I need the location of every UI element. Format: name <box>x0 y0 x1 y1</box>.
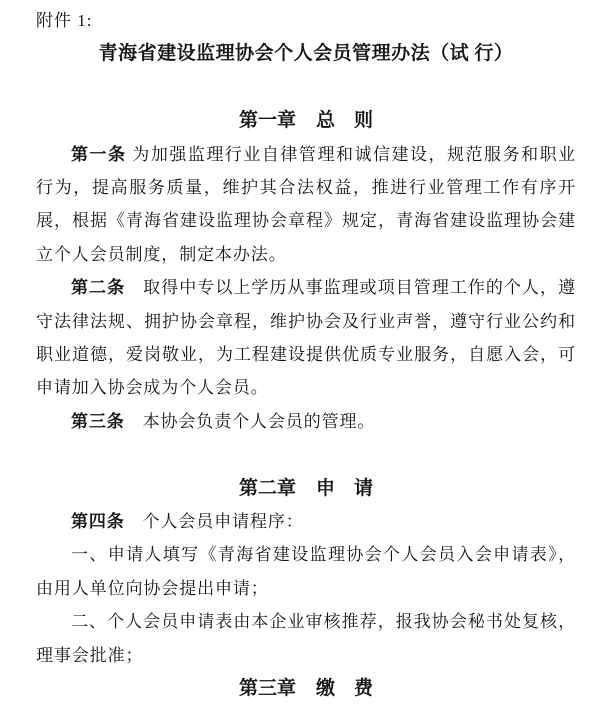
article-3-label: 第三条 <box>71 412 125 431</box>
article-4-paragraph: 第四条 个人会员申请程序： <box>36 505 576 538</box>
article-2-paragraph: 第二条 取得中专以上学历从事监理或项目管理工作的个人，遵守法律法规、拥护协会章程… <box>36 271 576 405</box>
chapter-1-number: 第一章 <box>239 110 296 131</box>
chapter-1-name: 总 则 <box>316 110 373 131</box>
article-4-text: 个人会员申请程序： <box>125 512 304 531</box>
document-title: 青海省建设监理协会个人会员管理办法（试 行） <box>36 37 576 70</box>
chapter-3-heading: 第三章缴 费 <box>36 672 576 705</box>
article-1-paragraph: 第一条 为加强监理行业自律管理和诚信建设，规范服务和职业行为，提高服务质量，维护… <box>36 138 576 272</box>
chapter-3-name: 缴 费 <box>316 678 373 699</box>
chapter-1-heading: 第一章总 则 <box>36 104 576 137</box>
chapter-2-name: 申 请 <box>316 478 373 499</box>
article-4-label: 第四条 <box>71 512 125 531</box>
article-3-paragraph: 第三条 本协会负责个人会员的管理。 <box>36 405 576 438</box>
chapter-2-heading: 第二章申 请 <box>36 472 576 505</box>
procedure-item-2: 二、个人会员申请表由本企业审核推荐，报我协会秘书处复核，理事会批准； <box>36 605 576 672</box>
article-2-label: 第二条 <box>71 278 125 297</box>
procedure-item-1: 一、申请人填写《青海省建设监理协会个人会员入会申请表》，由用人单位向协会提出申请… <box>36 538 576 605</box>
article-3-text: 本协会负责个人会员的管理。 <box>125 412 376 431</box>
document-page: 附件 1: 青海省建设监理协会个人会员管理办法（试 行） 第一章总 则 第一条 … <box>0 0 612 711</box>
chapter-2-number: 第二章 <box>239 478 296 499</box>
chapter-3-number: 第三章 <box>239 678 296 699</box>
article-1-label: 第一条 <box>71 145 127 164</box>
attachment-label: 附件 1: <box>36 4 576 37</box>
